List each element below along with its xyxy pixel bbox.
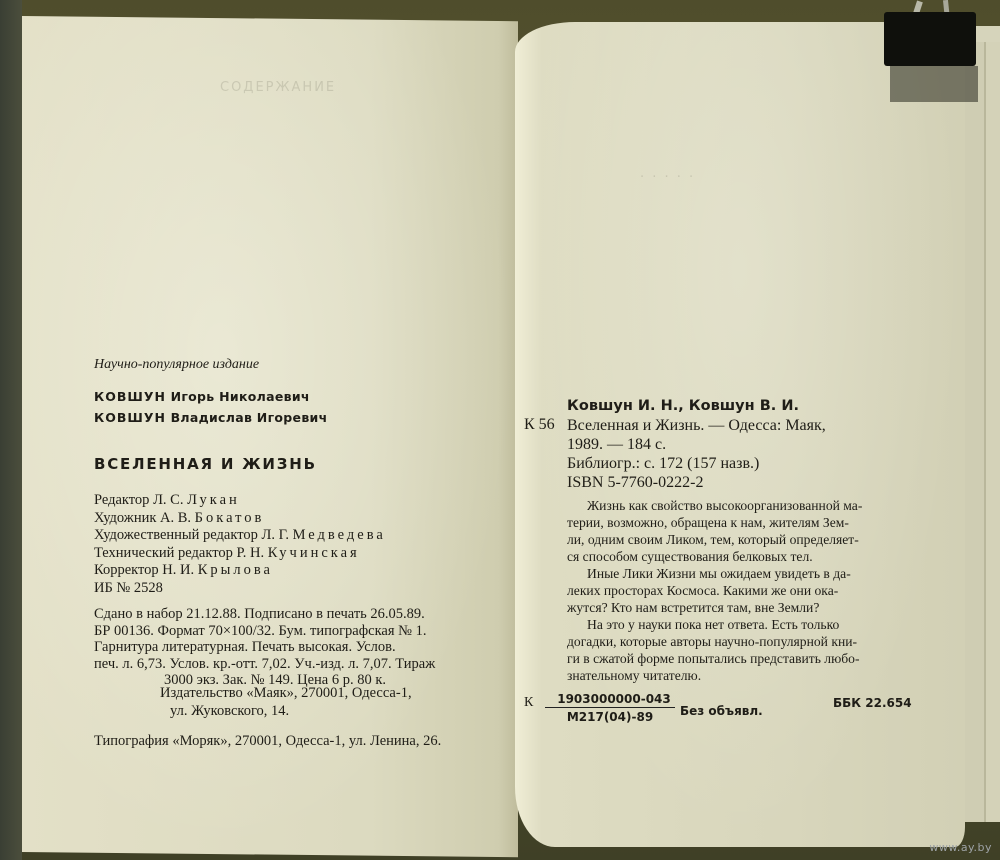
- ib-number: ИБ № 2528: [94, 580, 163, 597]
- author-line: КОВШУН Владислав Игоревич: [94, 410, 327, 425]
- abstract-line: ся способом существования белковых тел.: [567, 548, 907, 565]
- abstract-line: леких просторах Космоса. Какими же они о…: [567, 582, 907, 599]
- credit-initials: А. В.: [160, 510, 191, 526]
- credit-role: Редактор: [94, 492, 149, 508]
- catalog-code: К 56: [524, 416, 555, 434]
- credit-name: Крылова: [198, 562, 273, 578]
- credits-list: Редактор Л. С. Лукан Художник А. В. Бока…: [94, 492, 386, 580]
- author-surname: КОВШУН: [94, 389, 166, 404]
- footer-letter: К: [524, 695, 533, 711]
- binder-clip-shadow: [890, 66, 978, 102]
- description-line: Библиогр.: с. 172 (157 назв.): [567, 454, 826, 473]
- no-advertisement-note: Без объявл.: [680, 704, 763, 718]
- imprint-line: печ. л. 6,73. Услов. кр.-отт. 7,02. Уч.-…: [94, 656, 489, 673]
- series-label: Научно-популярное издание: [94, 357, 259, 373]
- fraction-numerator: 1903000000-043: [545, 692, 675, 708]
- author-given-name: Владислав Игоревич: [171, 410, 328, 425]
- credit-name: Бокатов: [195, 510, 265, 526]
- credit-name: Медведева: [293, 527, 386, 543]
- credit-initials: Н. И.: [162, 562, 194, 578]
- description-line: ISBN 5-7760-0222-2: [567, 473, 826, 492]
- catalog-description: Вселенная и Жизнь. — Одесса: Маяк, 1989.…: [567, 416, 826, 492]
- abstract-line: ли, одним своим Ликом, тем, который опре…: [567, 531, 907, 548]
- abstract-line: ги в сжатой форме попытались представить…: [567, 650, 907, 667]
- binder-clip-icon: [884, 12, 976, 66]
- catalog-fraction: 1903000000-043 М217(04)-89: [545, 692, 675, 724]
- credit-line: Корректор Н. И. Крылова: [94, 562, 386, 580]
- abstract-line: Жизнь как свойство высокоорганизованной …: [567, 497, 907, 514]
- credit-initials: Л. С.: [153, 492, 183, 508]
- credit-initials: Р. Н.: [236, 545, 264, 561]
- abstract-line: знательному читателю.: [567, 667, 907, 684]
- abstract-line: терии, возможно, обращена к нам, жителям…: [567, 514, 907, 531]
- catalog-authors: Ковшун И. Н., Ковшун В. И.: [567, 398, 799, 414]
- imprint-line: Сдано в набор 21.12.88. Подписано в печа…: [94, 606, 489, 623]
- watermark: www.ay.by: [929, 841, 992, 854]
- bleed-through-text: СОДЕРЖАНИЕ: [220, 80, 336, 95]
- publisher-line: ул. Жуковского, 14.: [160, 702, 412, 720]
- abstract-line: На это у науки пока нет ответа. Есть тол…: [567, 616, 907, 633]
- credit-line: Художник А. В. Бокатов: [94, 510, 386, 528]
- abstract-block: Жизнь как свойство высокоорганизованной …: [567, 497, 907, 684]
- imprint-line: Гарнитура литературная. Печать высокая. …: [94, 639, 489, 656]
- description-line: Вселенная и Жизнь. — Одесса: Маяк,: [567, 416, 826, 435]
- credit-line: Редактор Л. С. Лукан: [94, 492, 386, 510]
- background-shadow: [0, 0, 22, 860]
- abstract-line: догадки, которые авторы научно-популярно…: [567, 633, 907, 650]
- credit-role: Технический редактор: [94, 545, 233, 561]
- credit-role: Художественный редактор: [94, 527, 258, 543]
- author-surname: КОВШУН: [94, 410, 166, 425]
- bbk-code: ББК 22.654: [833, 696, 912, 710]
- description-line: 1989. — 184 с.: [567, 435, 826, 454]
- imprint-line: БР 00136. Формат 70×100/32. Бум. типогра…: [94, 623, 489, 640]
- credit-line: Художественный редактор Л. Г. Медведева: [94, 527, 386, 545]
- left-page: [22, 16, 518, 857]
- abstract-line: жутся? Кто нам встретится там, вне Земли…: [567, 599, 907, 616]
- fraction-denominator: М217(04)-89: [545, 708, 675, 724]
- publisher-block: Издательство «Маяк», 270001, Одесса-1, у…: [160, 684, 412, 720]
- printer-line: Типография «Моряк», 270001, Одесса-1, ул…: [94, 733, 441, 750]
- credit-role: Художник: [94, 510, 156, 526]
- author-line: КОВШУН Игорь Николаевич: [94, 389, 310, 404]
- credit-name: Лукан: [187, 492, 240, 508]
- book-title: ВСЕЛЕННАЯ И ЖИЗНЬ: [94, 455, 317, 473]
- bleed-through-text: · · · · ·: [640, 170, 695, 185]
- credit-line: Технический редактор Р. Н. Кучинская: [94, 545, 386, 563]
- credit-initials: Л. Г.: [261, 527, 288, 543]
- credit-role: Корректор: [94, 562, 159, 578]
- credit-name: Кучинская: [268, 545, 360, 561]
- abstract-line: Иные Лики Жизни мы ожидаем увидеть в да-: [567, 565, 907, 582]
- imprint-block: Сдано в набор 21.12.88. Подписано в печа…: [94, 606, 489, 689]
- author-given-name: Игорь Николаевич: [171, 389, 310, 404]
- publisher-line: Издательство «Маяк», 270001, Одесса-1,: [160, 684, 412, 702]
